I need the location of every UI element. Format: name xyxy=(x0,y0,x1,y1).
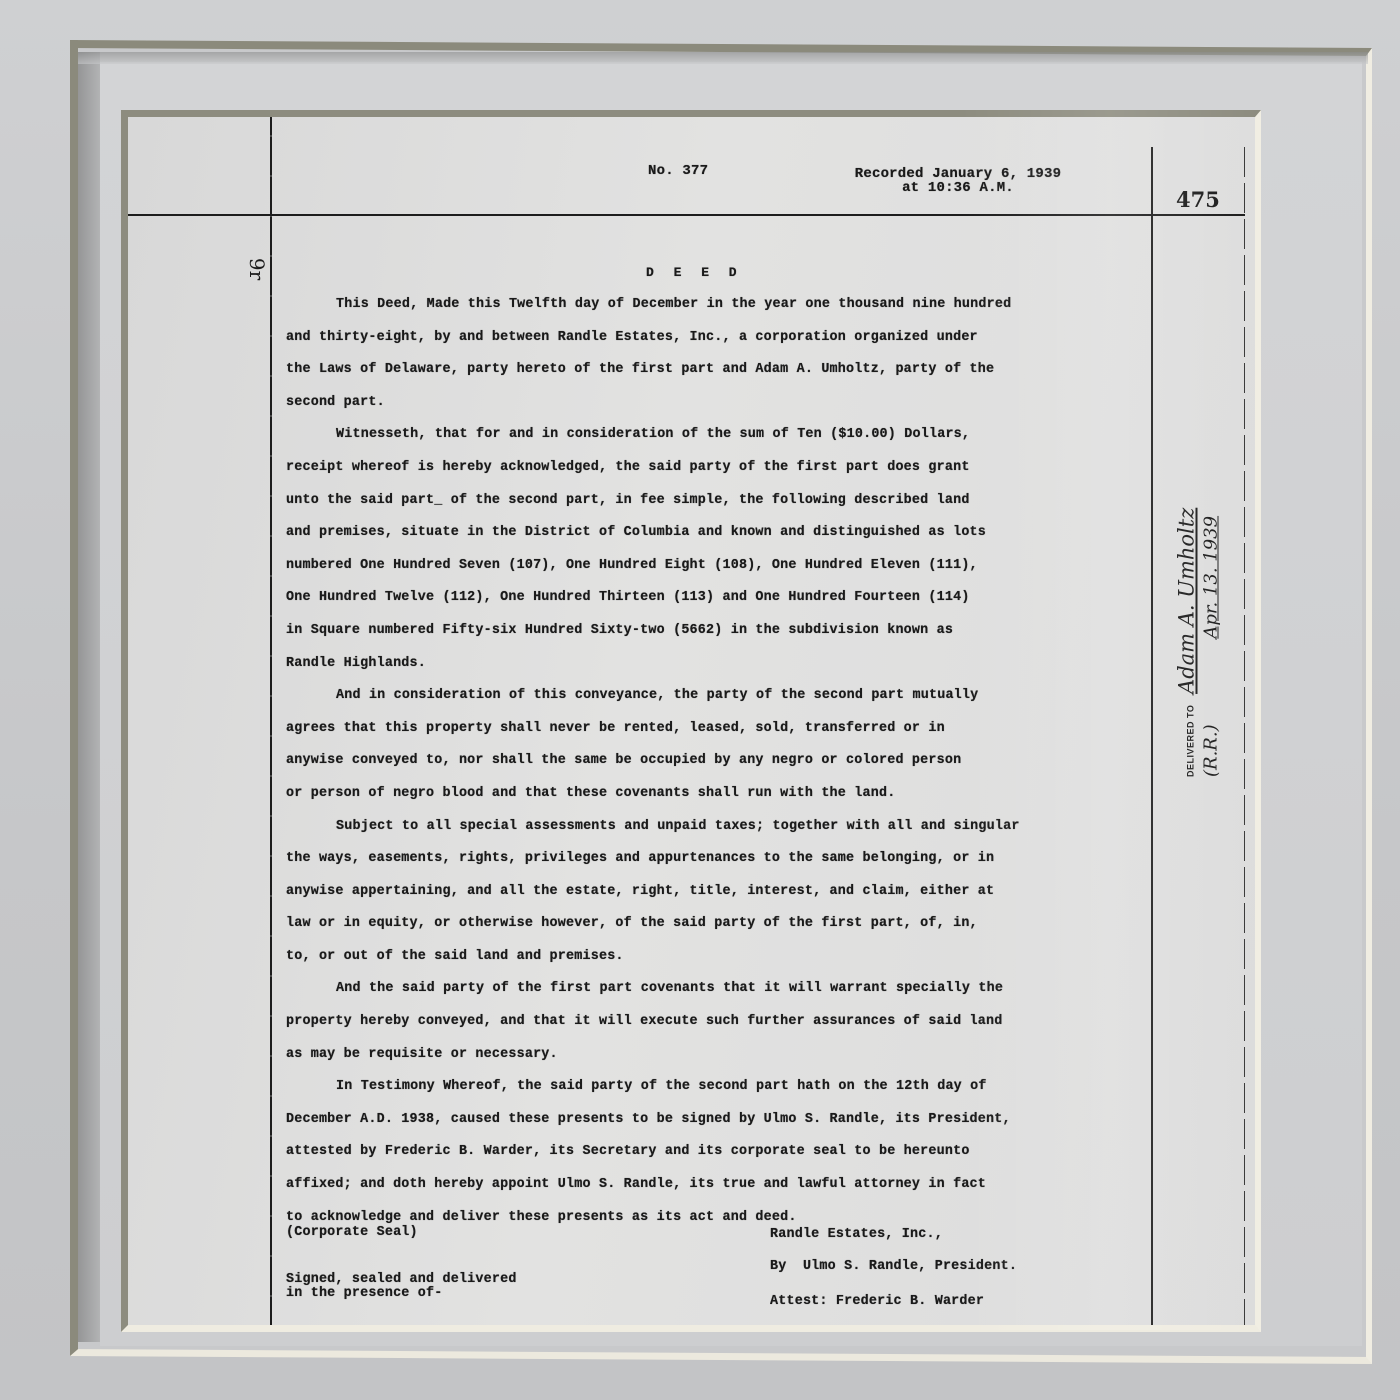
deed-line: And the said party of the first part cov… xyxy=(286,973,1156,1006)
deed-paragraph-preamble: This Deed, Made this Twelfth day of Dece… xyxy=(286,289,1156,419)
deed-body: This Deed, Made this Twelfth day of Dece… xyxy=(286,289,1156,1234)
record-number: No. 377 xyxy=(648,163,708,179)
deed-line: and thirty-eight, by and between Randle … xyxy=(286,322,1156,355)
deed-line: One Hundred Twelve (112), One Hundred Th… xyxy=(286,582,1156,615)
handwritten-date: Apr. 13. 1939 xyxy=(1201,516,1222,639)
deed-line: property hereby conveyed, and that it wi… xyxy=(286,1006,1156,1039)
deed-line: affixed; and doth hereby appoint Ulmo S.… xyxy=(286,1169,1156,1202)
attested-by: Attest: Frederic B. Warder xyxy=(770,1291,1017,1307)
signed-by: By Ulmo S. Randle, President. xyxy=(770,1251,1017,1283)
deed-paragraph-subject: Subject to all special assessments and u… xyxy=(286,811,1156,974)
recorded-time: at 10:36 A.M. xyxy=(828,181,1088,195)
deed-line: agrees that this property shall never be… xyxy=(286,713,1156,746)
deed-document: No. 377 Recorded January 6, 1939 at 10:3… xyxy=(121,110,1261,1332)
deed-line: In Testimony Whereof, the said party of … xyxy=(286,1071,1156,1104)
handwritten-delivery-note: DELIVERED TO Adam A. Umholtz (R.R.) Apr.… xyxy=(1153,367,1243,777)
deed-line: the ways, easements, rights, privileges … xyxy=(286,843,1156,876)
deed-line: receipt whereof is hereby acknowledged, … xyxy=(286,452,1156,485)
deed-paragraph-witnesseth: Witnesseth, that for and in consideratio… xyxy=(286,419,1156,680)
deed-line: Subject to all special assessments and u… xyxy=(286,811,1156,844)
deed-paragraph-covenant: And in consideration of this conveyance,… xyxy=(286,680,1156,810)
deed-line: to, or out of the said land and premises… xyxy=(286,941,1156,974)
deed-line: the Laws of Delaware, party hereto of th… xyxy=(286,354,1156,387)
deed-line: or person of negro blood and that these … xyxy=(286,778,1156,811)
deed-line: Witnesseth, that for and in consideratio… xyxy=(286,419,1156,452)
signature-right: Randle Estates, Inc., By Ulmo S. Randle,… xyxy=(770,1219,1017,1307)
recorded-date: Recorded January 6, 1939 xyxy=(828,167,1088,181)
margin-mark: 9r xyxy=(245,258,269,280)
deed-line: attested by Frederic B. Warder, its Secr… xyxy=(286,1136,1156,1169)
witness-statement: Signed, sealed and delivered in the pres… xyxy=(286,1273,517,1301)
recorded-stamp: Recorded January 6, 1939 at 10:36 A.M. xyxy=(828,167,1088,195)
deed-paragraph-warranty: And the said party of the first part cov… xyxy=(286,973,1156,1071)
deed-line: as may be requisite or necessary. xyxy=(286,1039,1156,1072)
company-name: Randle Estates, Inc., xyxy=(770,1219,1017,1251)
deed-paragraph-testimony: In Testimony Whereof, the said party of … xyxy=(286,1071,1156,1234)
ledger-rule-header xyxy=(128,214,1245,216)
signature-left: (Corporate Seal) Signed, sealed and deli… xyxy=(286,1225,418,1240)
ledger-rule-margin xyxy=(1244,147,1245,1332)
handwritten-initials: (R.R.) xyxy=(1201,724,1222,777)
deed-line: December A.D. 1938, caused these present… xyxy=(286,1104,1156,1137)
deed-line: in Square numbered Fifty-six Hundred Six… xyxy=(286,615,1156,648)
deed-line: This Deed, Made this Twelfth day of Dece… xyxy=(286,289,1156,322)
handwritten-recipient: Adam A. Umholtz xyxy=(1175,508,1199,694)
deed-line: anywise appertaining, and all the estate… xyxy=(286,876,1156,909)
delivered-to-stamp: DELIVERED TO xyxy=(1186,705,1196,777)
corporate-seal-label: (Corporate Seal) xyxy=(286,1225,418,1240)
deed-line: unto the said part_ of the second part, … xyxy=(286,485,1156,518)
deed-line: numbered One Hundred Seven (107), One Hu… xyxy=(286,550,1156,583)
witness-line-1: Signed, sealed and delivered xyxy=(286,1273,517,1287)
deed-line: and premises, situate in the District of… xyxy=(286,517,1156,550)
ledger-rule-left xyxy=(270,117,272,1325)
page-number: 475 xyxy=(1176,187,1220,212)
deed-line: second part. xyxy=(286,387,1156,420)
document-title: D E E D xyxy=(646,265,743,280)
witness-line-2: in the presence of- xyxy=(286,1287,517,1301)
deed-line: Randle Highlands. xyxy=(286,648,1156,681)
deed-line: law or in equity, or otherwise however, … xyxy=(286,908,1156,941)
frame-shadow-top xyxy=(78,52,1368,64)
frame-shadow xyxy=(78,52,100,1342)
deed-line: anywise conveyed to, nor shall the same … xyxy=(286,745,1156,778)
deed-line: And in consideration of this conveyance,… xyxy=(286,680,1156,713)
